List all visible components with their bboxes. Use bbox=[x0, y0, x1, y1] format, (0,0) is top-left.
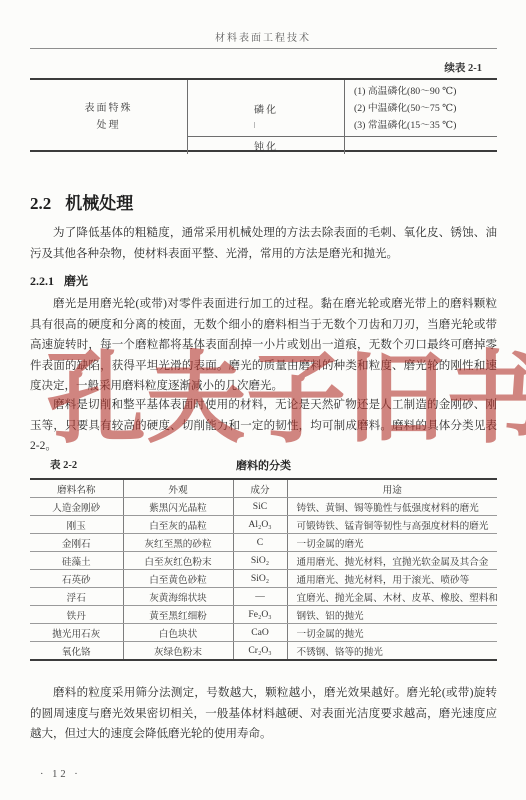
table-cell-phosphating-details: (1) 高温磷化(80～90 ℃) (2) 中温磷化(50～75 ℃) (3) … bbox=[345, 80, 497, 136]
abrasives-table-caption: 表 2-2 磨料的分类 bbox=[30, 457, 497, 473]
col-header-name: 磨料名称 bbox=[30, 479, 123, 498]
table-row: 硅藻土白至灰红色粉末SiO₂通用磨光、抛光材料，宜抛光软金属及其合金 bbox=[30, 552, 497, 570]
table-row: 氧化铬灰绿色粉末Cr₂O₃不锈钢、铬等的抛光 bbox=[30, 642, 497, 661]
continued-table-label: 续表 2-1 bbox=[30, 60, 482, 75]
table-row: 金刚石灰红至黑的砂粒C一切金属的磨光 bbox=[30, 534, 497, 552]
col-header-composition: 成分 bbox=[233, 479, 287, 498]
table-cell-phosphating: 磷化 bbox=[188, 80, 345, 136]
table-row: 抛光用石灰白色块状CaO一切金属的抛光 bbox=[30, 624, 497, 642]
detail-line: (1) 高温磷化(80～90 ℃) bbox=[354, 83, 497, 100]
section-number: 2.2 bbox=[30, 194, 51, 213]
intro-paragraph: 为了降低基体的粗糙度，通常采用机械处理的方法去除表面的毛刺、氧化皮、锈蚀、油污及… bbox=[30, 223, 497, 264]
table-title: 磨料的分类 bbox=[30, 457, 497, 473]
closing-paragraph: 磨料的粒度采用筛分法测定，号数越大，颗粒越小，磨光效果越好。磨光轮(或带)旋转的… bbox=[30, 683, 497, 745]
table-row-group-label: 表面特殊 处理 bbox=[30, 80, 188, 154]
detail-line: (3) 常温磷化(15～35 ℃) bbox=[354, 117, 497, 134]
surface-treatment-table: 表面特殊 处理 磷化 (1) 高温磷化(80～90 ℃) (2) 中温磷化(50… bbox=[30, 78, 497, 152]
scan-artifact-mark bbox=[254, 122, 255, 128]
table-row: 铁丹黄至黑红细粉Fe₂O₃钢铁、铝的抛光 bbox=[30, 606, 497, 624]
running-head-title: 材料表面工程技术 bbox=[0, 29, 526, 44]
subsection-title: 磨光 bbox=[64, 274, 88, 288]
table-header-row: 磨料名称 外观 成分 用途 bbox=[30, 479, 497, 498]
header-rule bbox=[30, 48, 497, 49]
section-title: 机械处理 bbox=[65, 194, 133, 213]
col-header-use: 用途 bbox=[287, 479, 497, 498]
group-label-line1: 表面特殊 bbox=[85, 100, 133, 117]
grinding-paragraph-2: 磨料是切削和整平基体表面时使用的材料，无论是天然矿物还是人工制造的金刚砂、刚玉等… bbox=[30, 395, 497, 457]
book-page-scan: 材料表面工程技术 续表 2-1 表面特殊 处理 磷化 (1) 高温磷化(80～9… bbox=[0, 0, 526, 800]
page-number: · 12 · bbox=[40, 769, 81, 780]
table-row: 刚玉白至灰的晶粒Al₂O₃可锻铸铁、锰青铜等韧性与高强度材料的磨光 bbox=[30, 516, 497, 534]
section-heading: 2.2机械处理 bbox=[30, 189, 133, 214]
grinding-paragraph-1: 磨光是用磨光轮(或带)对零件表面进行加工的过程。黏在磨光轮或磨光带上的磨料颗粒具… bbox=[30, 294, 497, 397]
table-row: 浮石灰黄海绵状块—宜磨光、抛光金属、木材、皮革、橡胶、塑料和玻璃等 bbox=[30, 588, 497, 606]
table-cell-empty bbox=[345, 136, 497, 154]
table-row: 人造金刚砂紫黑闪光晶粒SiC铸铁、黄铜、锡等脆性与低强度材料的磨光 bbox=[30, 498, 497, 516]
subsection-number: 2.2.1 bbox=[30, 274, 54, 288]
col-header-appearance: 外观 bbox=[123, 479, 233, 498]
table-row: 石英砂白至黄色砂粒SiO₂通用磨光、抛光材料，用于滚光、喷砂等 bbox=[30, 570, 497, 588]
table-cell-passivation: 钝化 bbox=[188, 136, 345, 154]
abrasives-classification-table: 磨料名称 外观 成分 用途 人造金刚砂紫黑闪光晶粒SiC铸铁、黄铜、锡等脆性与低… bbox=[30, 478, 497, 661]
group-label-line2: 处理 bbox=[97, 117, 121, 134]
subsection-heading: 2.2.1磨光 bbox=[30, 272, 88, 289]
detail-line: (2) 中温磷化(50～75 ℃) bbox=[354, 100, 497, 117]
